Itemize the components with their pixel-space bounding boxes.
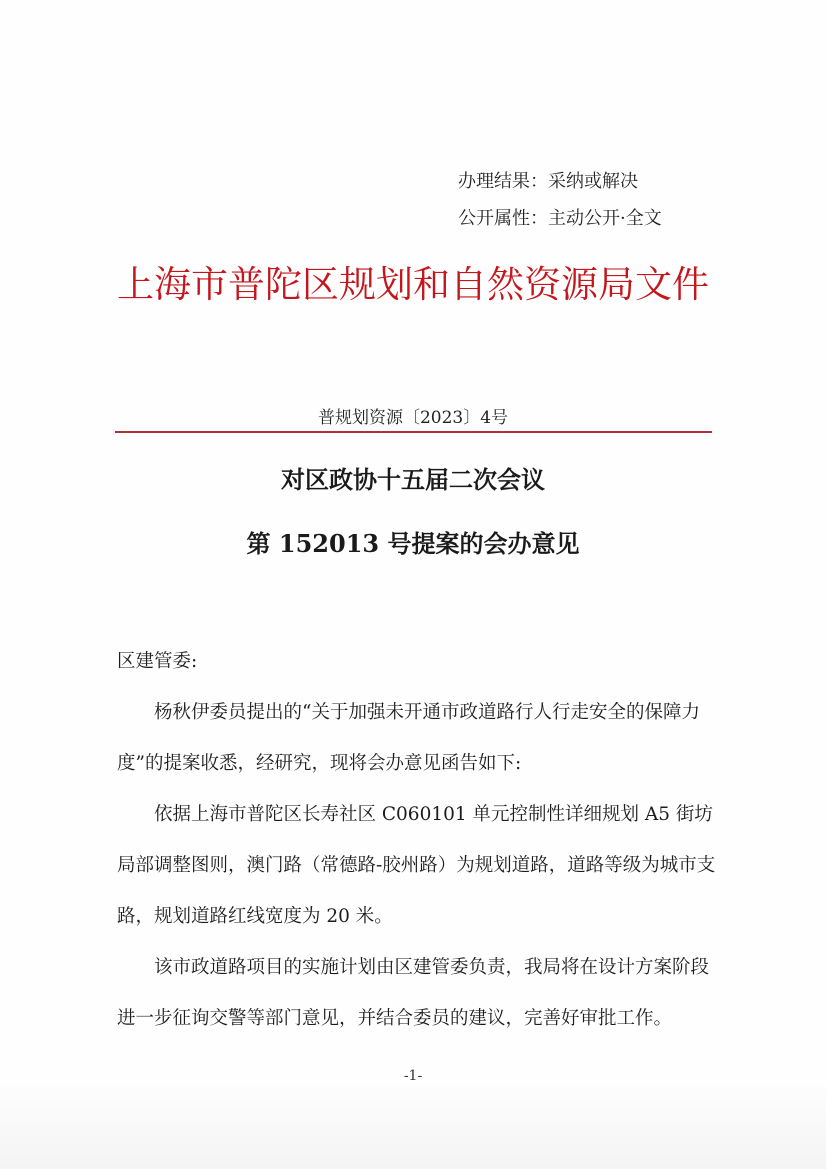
- document-meta: 办理结果：采纳或解决 公开属性：主动公开·全文: [458, 163, 662, 237]
- title-line-1: 对区政协十五届二次会议: [0, 450, 826, 510]
- red-separator-line: [115, 431, 712, 433]
- document-number: 普规划资源〔2023〕4号: [0, 403, 826, 428]
- handling-result-label: 办理结果：: [458, 171, 548, 192]
- page-number: -1-: [0, 1068, 826, 1084]
- disclosure-attribute: 公开属性：主动公开·全文: [458, 200, 662, 237]
- scan-shadow: [0, 1085, 826, 1169]
- body-paragraph: 该市政道路项目的实施计划由区建管委负责，我局将在设计方案阶段进一步征询交警等部门…: [117, 942, 717, 1044]
- document-body: 区建管委: 杨秋伊委员提出的“关于加强未开通市政道路行人行走安全的保障力度”的提…: [117, 636, 717, 1044]
- handling-result: 办理结果：采纳或解决: [458, 163, 662, 200]
- handling-result-value: 采纳或解决: [548, 171, 638, 192]
- document-page: 办理结果：采纳或解决 公开属性：主动公开·全文 上海市普陀区规划和自然资源局文件…: [0, 0, 826, 1169]
- disclosure-label: 公开属性：: [458, 208, 548, 229]
- addressee: 区建管委:: [117, 636, 717, 687]
- disclosure-value: 主动公开·全文: [548, 208, 662, 229]
- body-paragraph: 杨秋伊委员提出的“关于加强未开通市政道路行人行走安全的保障力度”的提案收悉，经研…: [117, 687, 717, 789]
- red-masthead: 上海市普陀区规划和自然资源局文件: [0, 255, 826, 315]
- body-paragraph: 依据上海市普陀区长寿社区 C060101 单元控制性详细规划 A5 街坊局部调整…: [117, 789, 717, 942]
- title-line-2: 第 152013 号提案的会办意见: [0, 514, 826, 574]
- document-title: 对区政协十五届二次会议 第 152013 号提案的会办意见: [0, 450, 826, 574]
